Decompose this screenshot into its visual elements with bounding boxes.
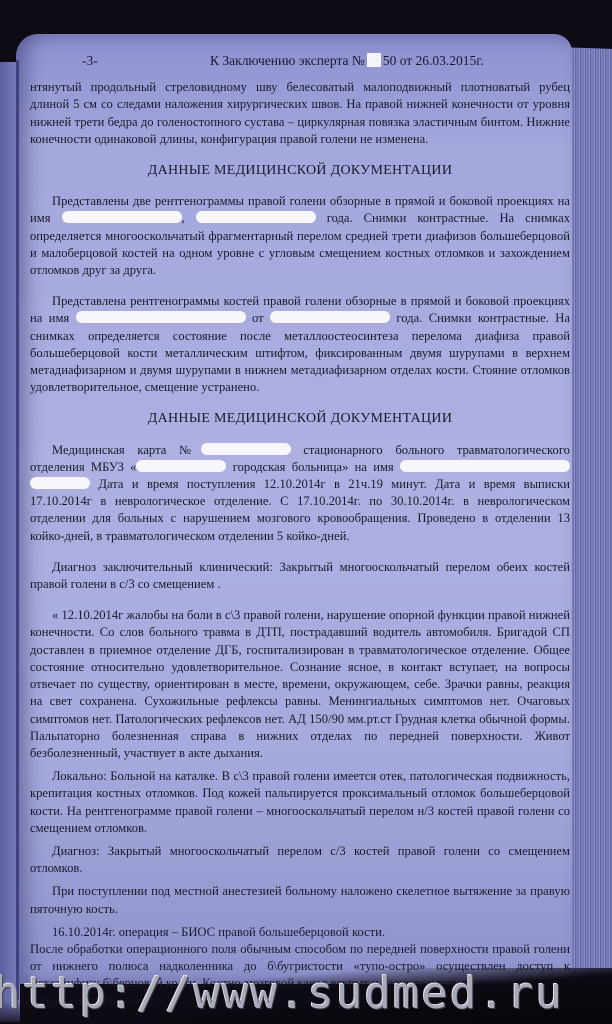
xray-paragraph-2: Представлена рентгенограммы костей право… — [30, 293, 570, 396]
redaction — [400, 460, 570, 472]
redaction — [30, 477, 90, 489]
intro-paragraph: нтянутый продольный стреловидному шву бе… — [30, 79, 570, 148]
traction-paragraph: При поступлении под местной анестезией б… — [30, 883, 570, 917]
redaction — [62, 211, 182, 223]
page-header: -3- К Заключению эксперта №50 от 26.03.2… — [30, 52, 570, 69]
redaction — [136, 460, 226, 472]
diagnosis-paragraph: Диагноз заключительный клинический: Закр… — [30, 559, 570, 593]
admission-paragraph: « 12.10.2014г жалобы на боли в с\3 право… — [30, 607, 570, 762]
operation-paragraph: 16.10.2014г. операция – БИОС правой боль… — [30, 924, 570, 941]
header-title: К Заключению эксперта №50 от 26.03.2015г… — [210, 52, 484, 69]
redaction — [201, 443, 291, 455]
medical-card-paragraph: Медицинская карта № стационарного больно… — [30, 442, 570, 545]
diagnosis2-paragraph: Диагноз: Закрытый многооскольчатый перел… — [30, 843, 570, 877]
local-status-paragraph: Локально: Больной на каталке. В с\3 прав… — [30, 768, 570, 837]
section-title: ДАННЫЕ МЕДИЦИНСКОЙ ДОКУМЕНТАЦИИ — [30, 410, 570, 427]
page-number: -3- — [82, 52, 182, 69]
watermark: http://www.sudmed.ru — [0, 968, 564, 1019]
xray-paragraph-1: Представлены две рентгенограммы правой г… — [30, 193, 570, 279]
redaction — [76, 311, 246, 323]
book-gutter — [16, 60, 19, 1000]
redaction — [367, 53, 381, 67]
document-content: -3- К Заключению эксперта №50 от 26.03.2… — [30, 52, 570, 1024]
redaction — [196, 211, 316, 223]
section-title: ДАННЫЕ МЕДИЦИНСКОЙ ДОКУМЕНТАЦИИ — [30, 162, 570, 179]
redaction — [270, 311, 390, 323]
